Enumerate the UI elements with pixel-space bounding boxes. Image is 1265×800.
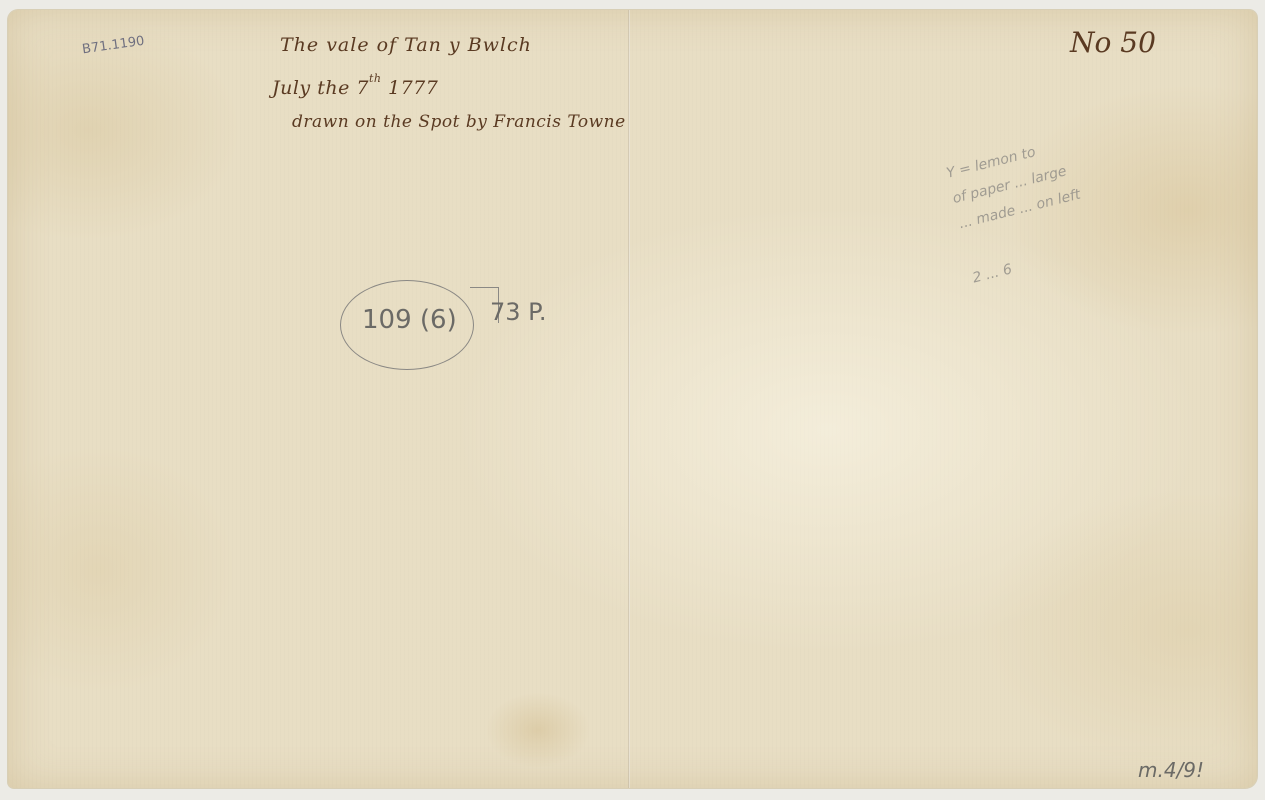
date-day: July the 7 xyxy=(272,77,369,99)
inscription-artist: drawn on the Spot by Francis Towne xyxy=(292,112,626,132)
inscription-title: The vale of Tan y Bwlch xyxy=(280,34,532,56)
page-mark: 73 P. xyxy=(490,298,547,326)
inscription-date: July the 7th 1777 xyxy=(272,72,438,99)
circled-number: 109 (6) xyxy=(362,305,457,335)
fold-line xyxy=(628,10,630,788)
corner-mark: m.4/9! xyxy=(1138,758,1204,782)
catalog-number: No 50 xyxy=(1070,26,1156,59)
date-suffix: th xyxy=(369,72,382,85)
date-year: 1777 xyxy=(381,77,438,99)
paper-sheet xyxy=(8,10,1257,788)
